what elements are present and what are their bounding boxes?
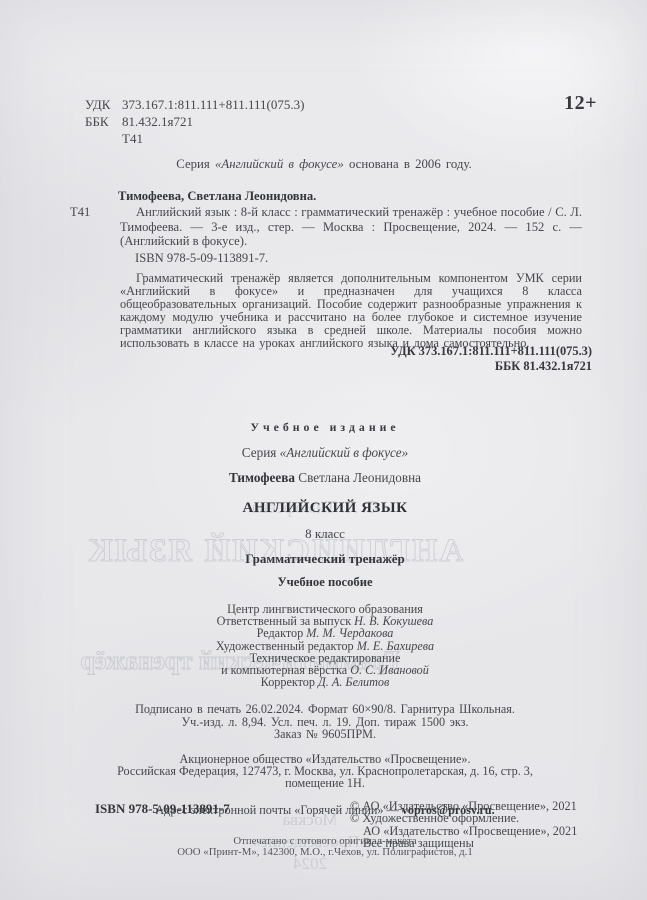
imprint-author: Тимофеева Светлана Леонидовна (90, 470, 560, 486)
publisher-info: Акционерное общество «Издательство «Прос… (90, 753, 560, 790)
copyright-line: Все права защищены (350, 837, 577, 849)
edition-type: Учебное издание (90, 420, 560, 435)
udk-value: 373.167.1:811.111+811.111(075.3) (122, 97, 304, 112)
imprint-series: Серия «Английский в фокусе» (90, 445, 560, 461)
credit-role: Корректор (261, 675, 318, 689)
bbk-right: ББК 81.432.1я721 (390, 359, 592, 374)
udk-label: УДК (85, 96, 122, 113)
udk-row: УДК373.167.1:811.111+811.111(075.3) (85, 96, 304, 113)
bbk-row: ББК81.432.1я721 (85, 113, 304, 130)
publisher-line: помещение 1Н. (90, 777, 560, 789)
print-info: Подписано в печать 26.02.2024. Формат 60… (90, 703, 560, 740)
classification-codes: УДК373.167.1:811.111+811.111(075.3) ББК8… (85, 96, 304, 147)
series-note: Серия «Английский в фокусе» основана в 2… (90, 157, 558, 172)
imprint-series-prefix: Серия (242, 445, 280, 460)
age-rating-badge: 12+ (564, 92, 597, 115)
imprint-author-given: Светлана Леонидовна (295, 470, 421, 485)
book-subtitle: Грамматический тренажёр (90, 551, 560, 567)
author-code: Т41 (122, 130, 304, 147)
footer-isbn: ISBN 978-5-09-113891-7 (95, 801, 230, 817)
series-note-prefix: Серия (176, 157, 215, 171)
edition-kind: Учебное пособие (90, 575, 560, 590)
bbk-value: 81.432.1я721 (122, 114, 193, 129)
catalog-margin-code: Т41 (70, 205, 90, 220)
print-line: Подписано в печать 26.02.2024. Формат 60… (90, 703, 560, 715)
copyright-line: © Художественное оформление. (350, 812, 577, 824)
credit-name: Д. А. Белитов (318, 675, 389, 689)
catalog-entry: Тимофеева, Светлана Леонидовна. Т41Англи… (90, 189, 582, 350)
classification-codes-right: УДК 373.167.1:811.111+811.111(075.3) ББК… (390, 344, 592, 373)
imprint-series-title: «Английский в фокусе» (280, 445, 409, 460)
annotation: Грамматический тренажёр является дополни… (90, 272, 582, 350)
bbk-label: ББК (85, 113, 122, 130)
catalog-author-heading: Тимофеева, Светлана Леонидовна. (118, 189, 582, 204)
credits-block: Центр лингвистического образования Ответ… (90, 603, 560, 688)
imprint-block: Учебное издание Серия «Английский в фоку… (90, 420, 560, 859)
credit-line: Корректор Д. А. Белитов (90, 676, 560, 688)
book-title: АНГЛИЙСКИЙ ЯЗЫК (90, 500, 560, 517)
udk-right: УДК 373.167.1:811.111+811.111(075.3) (390, 344, 592, 359)
series-note-title: «Английский в фокусе» (215, 157, 344, 171)
catalog-description: Т41Английский язык : 8-й класс : граммат… (90, 205, 582, 249)
book-grade: 8 класс (90, 526, 560, 542)
series-note-suffix: основана в 2006 году. (344, 157, 472, 171)
catalog-description-text: Английский язык : 8-й класс : грамматиче… (120, 205, 582, 248)
imprint-author-surname: Тимофеева (229, 470, 295, 485)
copyright-block: © АО «Издательство «Просвещение», 2021 ©… (350, 800, 577, 850)
print-line: Заказ № 9605ПРМ. (90, 728, 560, 740)
catalog-isbn: ISBN 978-5-09-113891-7. (90, 251, 582, 266)
copyright-page: С. Л. Тимофеева АНГЛИЙСКИЙ ЯЗЫК Граммати… (0, 0, 647, 900)
